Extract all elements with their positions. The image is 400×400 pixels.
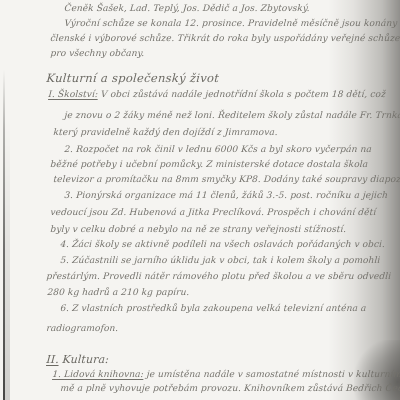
handwritten-line-text: je umístěna nadále v samostatné místnost… bbox=[143, 370, 400, 380]
handwritten-line: 3. Pionýrská organizace má 11 členů, žák… bbox=[64, 191, 388, 201]
handwritten-line: členské i výborové schůze. Třikrát do ro… bbox=[50, 34, 400, 44]
handwritten-line: pro všechny občany. bbox=[50, 49, 145, 59]
handwritten-line: vedoucí jsou Zd. Hubenová a Jitka Preclí… bbox=[50, 208, 377, 218]
handwritten-line: 4. Žáci školy se aktivně podíleli na vše… bbox=[60, 240, 385, 250]
handwritten-line: 6. Z vlastních prostředků byla zakoupena… bbox=[60, 304, 367, 314]
subsection-numeral: II. bbox=[46, 353, 59, 366]
subsection-heading: II. Kultura: bbox=[46, 353, 109, 366]
handwritten-line: 1. Lidová knihovna: je umístěna nadále v… bbox=[52, 370, 400, 380]
handwritten-line: Výroční schůze se konala 12. prosince. P… bbox=[64, 19, 398, 29]
handwritten-line: který pravidelně každý den dojíždí z Jim… bbox=[53, 128, 278, 138]
handwritten-line: I. Školství: V obci zůstává nadále jedno… bbox=[48, 90, 386, 100]
section-heading: Kulturní a společenský život bbox=[46, 71, 220, 85]
item-label: 1. Lidová knihovna: bbox=[52, 370, 144, 380]
handwritten-line: televizor a promítačku na 8mm smyčky KP8… bbox=[53, 175, 400, 185]
handwritten-line: byly v celku dobré a nebylo na ně ze str… bbox=[50, 225, 347, 235]
handwritten-line: je znovu o 2 žáky méně než loni. Ředitel… bbox=[64, 111, 400, 121]
handwritten-line-text: V obci zůstává nadále jednotřídní škola … bbox=[98, 90, 387, 100]
left-binding-soft-shadow bbox=[5, 120, 10, 400]
handwritten-line: 5. Zúčastnili se jarního úklidu jak v ob… bbox=[60, 256, 381, 266]
handwritten-line: mě a plně vyhovuje potřebám provozu. Kni… bbox=[60, 384, 400, 394]
handwritten-line: běžné potřeby i učební pomůcky. Z minist… bbox=[50, 160, 368, 170]
handwritten-line: 2. Rozpočet na rok činil v lednu 6000 Kč… bbox=[64, 145, 372, 155]
handwritten-line: Čeněk Šašek, Lad. Teplý, Jos. Dědič a Jo… bbox=[64, 4, 310, 14]
handwritten-line: přestárlým. Provedli nátěr rámového plot… bbox=[46, 272, 391, 282]
handwritten-line: radiogramofon. bbox=[46, 324, 119, 334]
subsection-title: Kultura: bbox=[59, 353, 110, 366]
handwritten-line: 280 kg hadrů a 210 kg papíru. bbox=[47, 288, 190, 298]
scanned-chronicle-page: Čeněk Šašek, Lad. Teplý, Jos. Dědič a Jo… bbox=[0, 0, 400, 400]
subsection-label: I. Školství: bbox=[48, 90, 98, 100]
